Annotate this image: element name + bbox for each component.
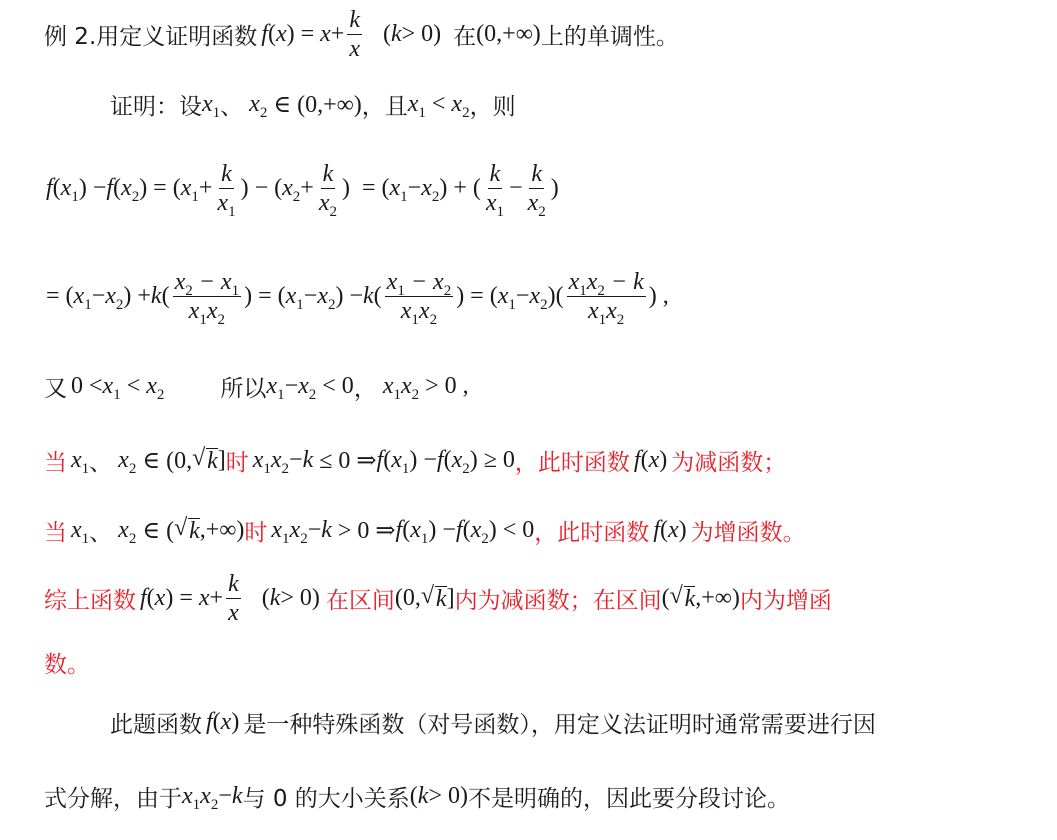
given-line: 又 0 < x1 < x2 所以 x1 − x2 < 0 ， x1x2 > 0 … <box>44 370 469 403</box>
summary-tail: 数。 <box>44 646 90 679</box>
example-suffix: 上的单调性。 <box>541 18 679 51</box>
example-prefix: 用定义证明函数 <box>96 18 257 51</box>
equation-1: f(x1) − f(x2) = (x1 + kx1 ) − (x2 + kx2 … <box>46 160 559 217</box>
note-line-2: 式分解，由于 x1x2 − k 与 0 的大小关系 (k > 0) 不是明确的，… <box>44 780 790 813</box>
fraction-k-over-x: k x <box>347 6 362 63</box>
proof-intro: 证明：设 x1、 x2∈ (0,+∞) ，且 x1 < x2 ，则 <box>110 88 516 121</box>
example-statement: 例 2. 用定义证明函数 f(x) = x + k x (k > 0) 在 (0… <box>44 6 679 63</box>
example-label: 例 2. <box>44 18 96 51</box>
example-on: 在 <box>453 18 476 51</box>
case-increasing: 当 x1、 x2 ∈ (k,+∞) 时 x1x2 − k > 0 ⇒ f(x1)… <box>44 514 806 547</box>
case-decreasing: 当 x1、 x2 ∈ (0, k] 时 x1x2 − k ≤ 0 ⇒ f(x1)… <box>44 444 786 477</box>
summary: 综上函数 f(x) = x + kx (k > 0) 在区间 (0, k] 内为… <box>44 570 832 627</box>
example-interval: (0,+∞) <box>476 21 541 48</box>
equation-2: = (x1 − x2) + k( x2 − x1x1x2 ) = (x1 − x… <box>46 268 669 325</box>
function-def: f <box>261 21 268 48</box>
note-line-1: 此题函数 f(x) 是一种特殊函数（对号函数），用定义法证明时通常需要进行因 <box>110 706 876 739</box>
